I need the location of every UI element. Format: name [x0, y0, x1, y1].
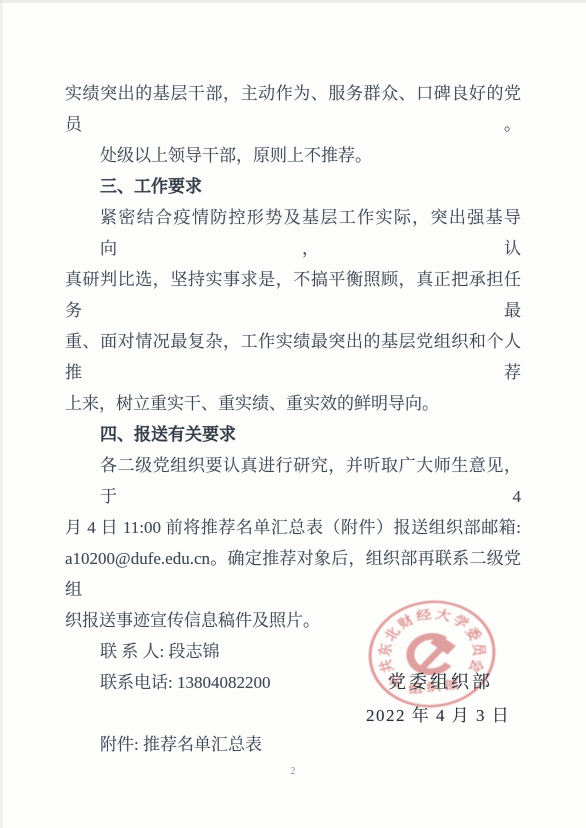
heading-line: 四、报送有关要求	[65, 419, 521, 450]
page-number: 2	[0, 766, 586, 777]
text-line: 上来，树立重实干、重实绩、重实效的鲜明导向。	[65, 388, 521, 419]
heading-line: 三、工作要求	[65, 171, 521, 202]
scan-edge-top	[0, 0, 586, 3]
scan-edge-left	[0, 0, 3, 828]
text-line: 实绩突出的基层干部，主动作为、服务群众、口碑良好的党员。	[65, 78, 521, 140]
text-line: 重、面对情况最复杂，工作实绩最突出的基层党组织和个人推荐	[65, 326, 521, 388]
text-line: 附件: 推荐名单汇总表	[65, 729, 521, 760]
text-line: 月 4 日 11:00 前将推荐名单汇总表（附件）报送组织部邮箱:	[65, 512, 521, 543]
text-line: 处级以上领导干部，原则上不推荐。	[65, 140, 521, 171]
text-line: a10200@dufe.edu.cn。确定推荐对象后，组织部再联系二级党组	[65, 543, 521, 605]
official-seal: 中共东北财经大学委员会 组织部	[364, 597, 500, 713]
text-line: 紧密结合疫情防控形势及基层工作实际，突出强基导向，认	[65, 202, 521, 264]
signature-department: 党委组织部	[388, 668, 493, 694]
signature-date: 2022 年 4 月 3 日	[366, 701, 510, 726]
text-line: 各二级党组织要认真进行研究，并听取广大师生意见，于 4	[65, 450, 521, 512]
text-line: 真研判比选，坚持实事求是，不搞平衡照顾，真正把承担任务最	[65, 264, 521, 326]
document-page: 实绩突出的基层干部，主动作为、服务群众、口碑良好的党员。处级以上领导干部，原则上…	[0, 0, 586, 828]
seal-graphic: 中共东北财经大学委员会 组织部	[364, 597, 500, 713]
